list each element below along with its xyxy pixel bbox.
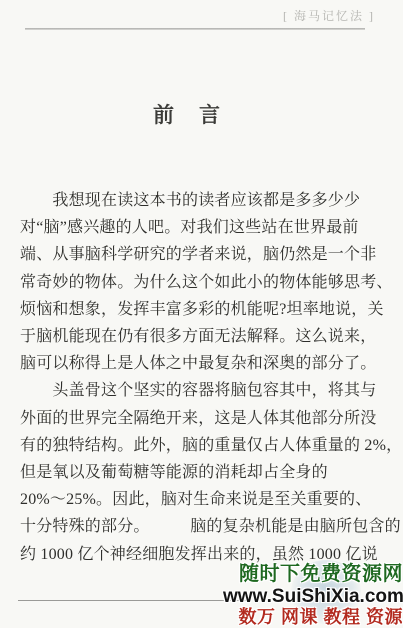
body-text: 我想现在读这本书的读者应该都是多多少少 对“脑”感兴趣的人吧。对我们这些站在世界…: [20, 187, 400, 568]
running-head-book-title: [ 海马记忆法 ]: [283, 7, 375, 24]
header-rule: [25, 28, 365, 30]
watermark-tagline: 数万 网课 教程 资源: [223, 607, 403, 628]
watermark: 随时下免费资源网 www.SuiShiXia.com 数万 网课 教程 资源: [223, 562, 403, 628]
watermark-site-name: 随时下免费资源网: [223, 562, 403, 586]
book-page: [ 海马记忆法 ] 前 言 我想现在读这本书的读者应该都是多多少少 对“脑”感兴…: [0, 0, 403, 628]
footer-rule: [18, 600, 246, 601]
chapter-title: 前 言: [0, 99, 375, 129]
watermark-site-url: www.SuiShiXia.com: [223, 586, 403, 607]
